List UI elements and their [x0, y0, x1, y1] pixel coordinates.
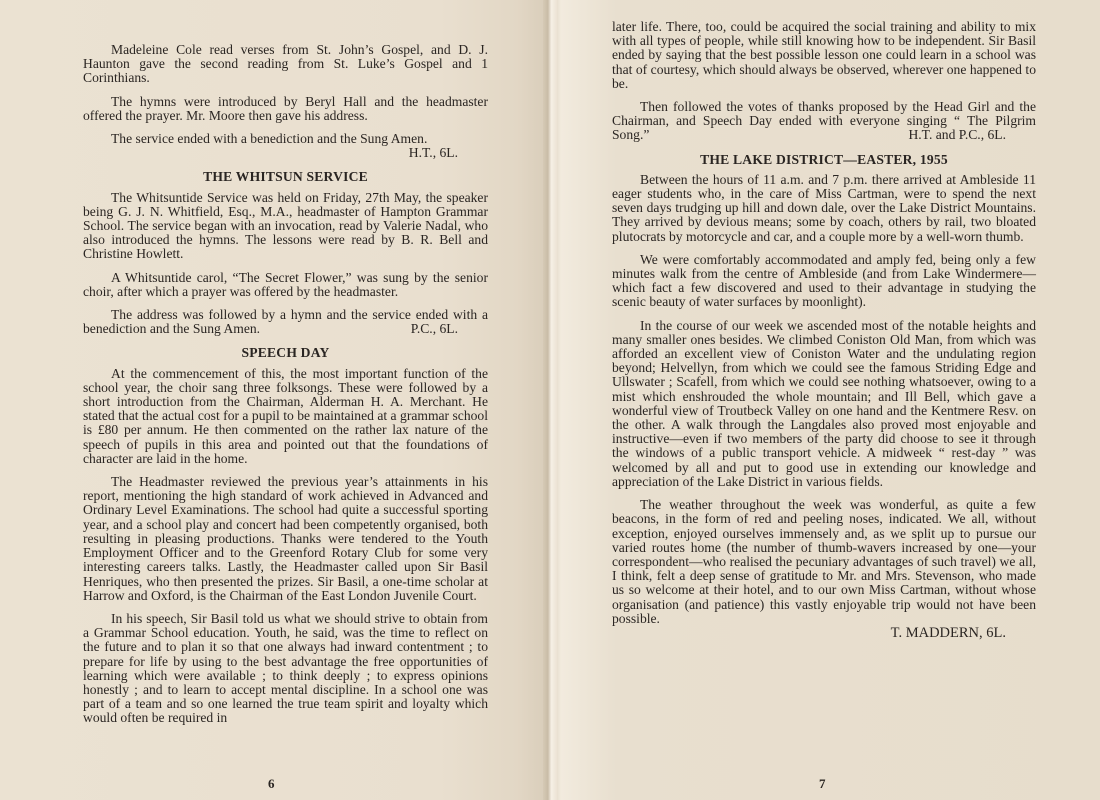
left-page-column: Madeleine Cole read verses from St. John…	[83, 43, 488, 735]
paragraph: In his speech, Sir Basil told us what we…	[83, 612, 488, 726]
right-page: later life. There, too, could be acquire…	[552, 0, 1100, 800]
paragraph: Between the hours of 11 a.m. and 7 p.m. …	[612, 173, 1036, 244]
booklet-spread: Madeleine Cole read verses from St. John…	[0, 0, 1100, 800]
signature: P.C., 6L.	[383, 322, 458, 336]
paragraph: The weather throughout the week was wond…	[612, 498, 1036, 626]
paragraph: A Whitsuntide carol, “The Secret Flower,…	[83, 271, 488, 299]
page-number: 6	[268, 776, 275, 792]
paragraph: We were comfortably accommodated and amp…	[612, 253, 1036, 310]
paragraph: In the course of our week we ascended mo…	[612, 319, 1036, 489]
section-heading-lake-district: THE LAKE DISTRICT—EASTER, 1955	[612, 153, 1036, 167]
section-heading-whitsun: THE WHITSUN SERVICE	[83, 170, 488, 184]
paragraph: The Whitsuntide Service was held on Frid…	[83, 191, 488, 262]
paragraph: Then followed the votes of thanks propos…	[612, 100, 1036, 143]
paragraph: The hymns were introduced by Beryl Hall …	[83, 95, 488, 123]
signature: H.T., 6L.	[83, 146, 488, 160]
section-heading-speech-day: SPEECH DAY	[83, 346, 488, 360]
left-page: Madeleine Cole read verses from St. John…	[0, 0, 548, 800]
paragraph: later life. There, too, could be acquire…	[612, 20, 1036, 91]
paragraph: The address was followed by a hymn and t…	[83, 308, 488, 336]
right-page-column: later life. There, too, could be acquire…	[612, 20, 1036, 640]
paragraph: The Headmaster reviewed the previous yea…	[83, 475, 488, 603]
paragraph: The service ended with a benediction and…	[83, 132, 488, 146]
signature: H.T. and P.C., 6L.	[880, 128, 1006, 142]
paragraph: Madeleine Cole read verses from St. John…	[83, 43, 488, 86]
paragraph: At the commencement of this, the most im…	[83, 367, 488, 466]
signature: T. MADDERN, 6L.	[612, 626, 1036, 640]
page-number: 7	[819, 776, 826, 792]
